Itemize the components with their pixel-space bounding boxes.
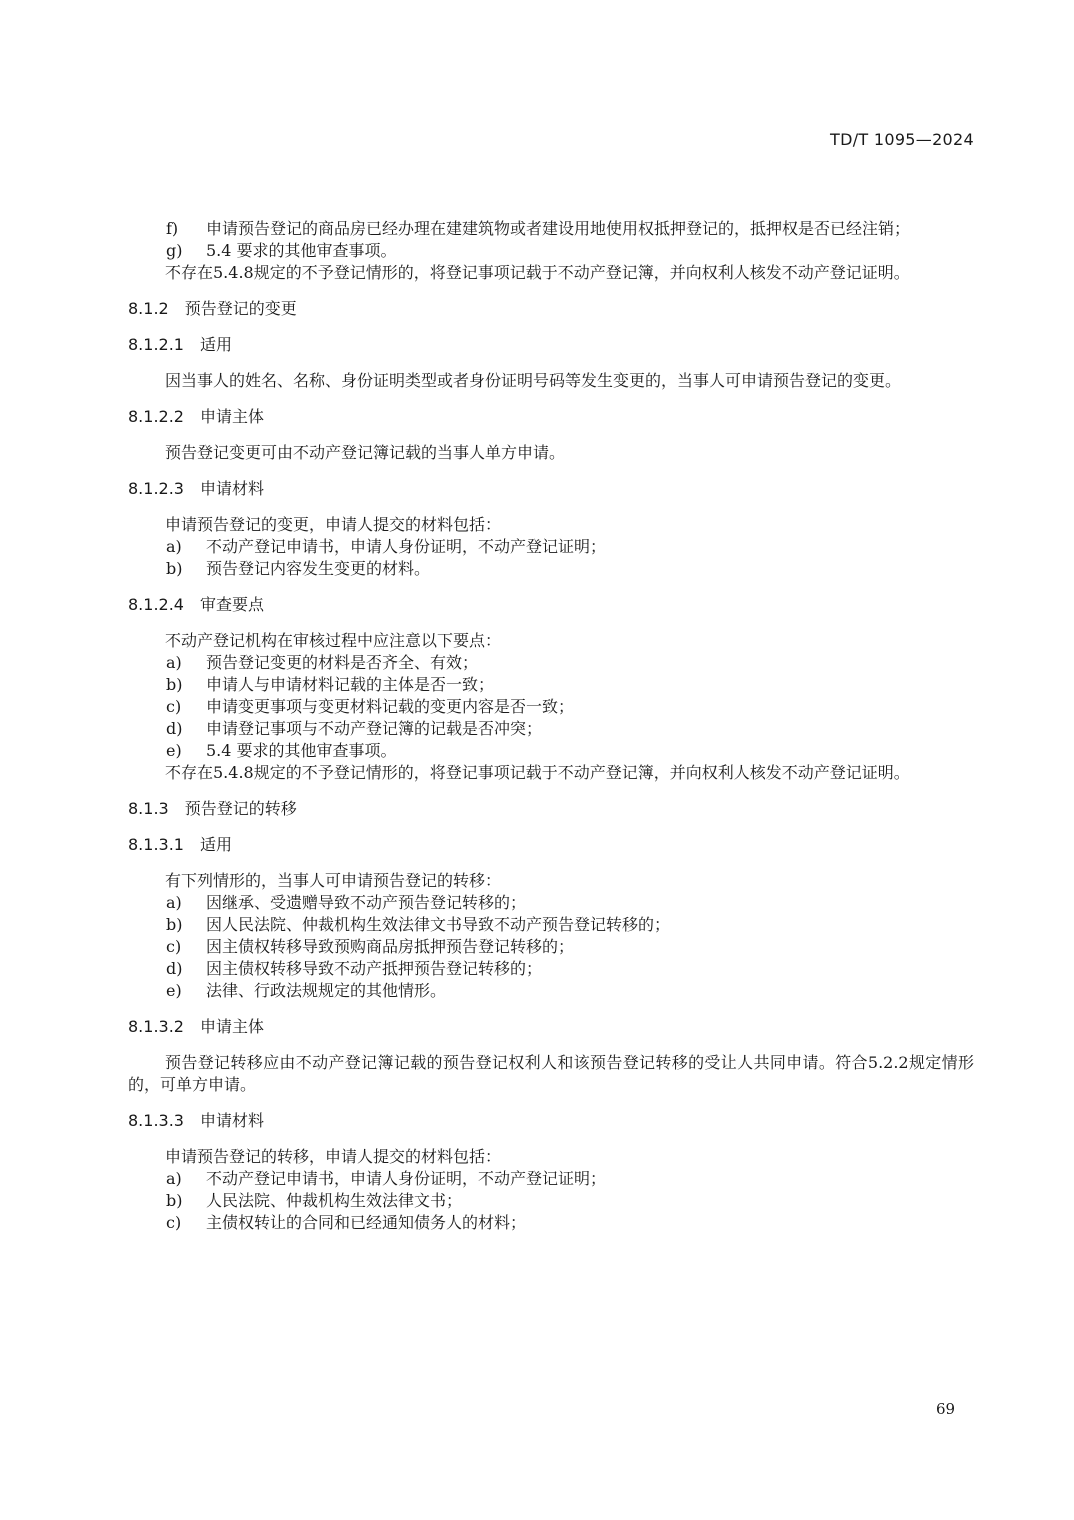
list-marker: c)	[166, 1212, 181, 1234]
list-item: e) 5.4 要求的其他审查事项。	[128, 740, 974, 762]
section-number: 8.1.3.1	[128, 834, 184, 856]
list-item: a) 不动产登记申请书，申请人身份证明，不动产登记证明；	[128, 1168, 974, 1190]
list-marker: e)	[166, 740, 182, 762]
section-number: 8.1.2	[128, 298, 169, 320]
list-item-g: g) 5.4 要求的其他审查事项。	[128, 240, 974, 262]
list-text: 因主债权转移导致不动产抵押预告登记转移的；	[206, 959, 542, 978]
list-text: 人民法院、仲裁机构生效法律文书；	[206, 1191, 462, 1210]
list-text: 申请登记事项与不动产登记簿的记载是否冲突；	[206, 719, 542, 738]
paragraph: 不动产登记机构在审核过程中应注意以下要点：	[128, 630, 974, 652]
list-text: 预告登记内容发生变更的材料。	[206, 559, 430, 578]
paragraph: 预告登记转移应由不动产登记簿记载的预告登记权利人和该预告登记转移的受让人共同申请…	[128, 1052, 974, 1096]
standard-code: TD/T 1095—2024	[830, 130, 974, 149]
section-number: 8.1.2.4	[128, 594, 184, 616]
list-text: 申请人与申请材料记载的主体是否一致；	[206, 675, 494, 694]
section-heading-8-1-3-3: 8.1.3.3申请材料	[128, 1110, 974, 1132]
section-heading-8-1-2: 8.1.2预告登记的变更	[128, 298, 974, 320]
list-marker: b)	[166, 674, 182, 696]
list-item: a) 因继承、受遗赠导致不动产预告登记转移的；	[128, 892, 974, 914]
list-text: 因继承、受遗赠导致不动产预告登记转移的；	[206, 893, 526, 912]
list-marker: a)	[166, 536, 182, 558]
paragraph-closing: 不存在5.4.8规定的不予登记情形的，将登记事项记载于不动产登记簿，并向权利人核…	[128, 762, 974, 784]
section-number: 8.1.3	[128, 798, 169, 820]
list-marker: a)	[166, 892, 182, 914]
section-title: 审查要点	[200, 595, 264, 614]
list-item-f: f) 申请预告登记的商品房已经办理在建建筑物或者建设用地使用权抵押登记的，抵押权…	[128, 218, 974, 240]
section-heading-8-1-3-2: 8.1.3.2申请主体	[128, 1016, 974, 1038]
section-heading-8-1-2-1: 8.1.2.1适用	[128, 334, 974, 356]
paragraph: 申请预告登记的转移，申请人提交的材料包括：	[128, 1146, 974, 1168]
section-heading-8-1-2-3: 8.1.2.3申请材料	[128, 478, 974, 500]
list-item: b) 预告登记内容发生变更的材料。	[128, 558, 974, 580]
list-item: e) 法律、行政法规规定的其他情形。	[128, 980, 974, 1002]
list-item: c) 申请变更事项与变更材料记载的变更内容是否一致；	[128, 696, 974, 718]
list-item: a) 不动产登记申请书，申请人身份证明，不动产登记证明；	[128, 536, 974, 558]
list-marker: b)	[166, 914, 182, 936]
list-marker: d)	[166, 718, 182, 740]
section-title: 申请材料	[200, 1111, 264, 1130]
list-marker: b)	[166, 558, 182, 580]
list-marker: c)	[166, 936, 181, 958]
section-number: 8.1.3.3	[128, 1110, 184, 1132]
list-item: a) 预告登记变更的材料是否齐全、有效；	[128, 652, 974, 674]
list-item: c) 主债权转让的合同和已经通知债务人的材料；	[128, 1212, 974, 1234]
list-text: 5.4 要求的其他审查事项。	[206, 741, 397, 760]
list-item: b) 因人民法院、仲裁机构生效法律文书导致不动产预告登记转移的；	[128, 914, 974, 936]
list-item: b) 申请人与申请材料记载的主体是否一致；	[128, 674, 974, 696]
document-body: f) 申请预告登记的商品房已经办理在建建筑物或者建设用地使用权抵押登记的，抵押权…	[128, 218, 974, 1234]
list-marker: a)	[166, 1168, 182, 1190]
list-item: c) 因主债权转移导致预购商品房抵押预告登记转移的；	[128, 936, 974, 958]
list-text: 申请预告登记的商品房已经办理在建建筑物或者建设用地使用权抵押登记的，抵押权是否已…	[206, 219, 910, 238]
list-marker: f)	[166, 218, 178, 240]
paragraph: 申请预告登记的变更，申请人提交的材料包括：	[128, 514, 974, 536]
list-marker: b)	[166, 1190, 182, 1212]
list-text: 主债权转让的合同和已经通知债务人的材料；	[206, 1213, 526, 1232]
section-title: 申请主体	[200, 1017, 264, 1036]
list-text: 预告登记变更的材料是否齐全、有效；	[206, 653, 478, 672]
list-marker: c)	[166, 696, 181, 718]
list-marker: e)	[166, 980, 182, 1002]
section-heading-8-1-3: 8.1.3预告登记的转移	[128, 798, 974, 820]
list-item: d) 因主债权转移导致不动产抵押预告登记转移的；	[128, 958, 974, 980]
section-title: 申请材料	[200, 479, 264, 498]
paragraph: 因当事人的姓名、名称、身份证明类型或者身份证明号码等发生变更的，当事人可申请预告…	[128, 370, 974, 392]
list-text: 申请变更事项与变更材料记载的变更内容是否一致；	[206, 697, 574, 716]
list-text: 法律、行政法规规定的其他情形。	[206, 981, 446, 1000]
section-number: 8.1.3.2	[128, 1016, 184, 1038]
list-marker: d)	[166, 958, 182, 980]
document-page: TD/T 1095—2024 f) 申请预告登记的商品房已经办理在建建筑物或者建…	[0, 0, 1074, 1520]
section-title: 预告登记的变更	[185, 299, 297, 318]
section-heading-8-1-2-4: 8.1.2.4审查要点	[128, 594, 974, 616]
section-title: 预告登记的转移	[185, 799, 297, 818]
paragraph-closing: 不存在5.4.8规定的不予登记情形的，将登记事项记载于不动产登记簿，并向权利人核…	[128, 262, 974, 284]
paragraph: 预告登记变更可由不动产登记簿记载的当事人单方申请。	[128, 442, 974, 464]
list-marker: g)	[166, 240, 182, 262]
paragraph: 有下列情形的，当事人可申请预告登记的转移：	[128, 870, 974, 892]
list-text: 不动产登记申请书，申请人身份证明，不动产登记证明；	[206, 537, 606, 556]
section-heading-8-1-2-2: 8.1.2.2申请主体	[128, 406, 974, 428]
list-text: 5.4 要求的其他审查事项。	[206, 241, 397, 260]
section-title: 适用	[200, 835, 232, 854]
section-title: 适用	[200, 335, 232, 354]
list-marker: a)	[166, 652, 182, 674]
section-number: 8.1.2.1	[128, 334, 184, 356]
page-number: 69	[936, 1400, 955, 1418]
section-heading-8-1-3-1: 8.1.3.1适用	[128, 834, 974, 856]
section-number: 8.1.2.3	[128, 478, 184, 500]
section-number: 8.1.2.2	[128, 406, 184, 428]
list-text: 因主债权转移导致预购商品房抵押预告登记转移的；	[206, 937, 574, 956]
list-text: 因人民法院、仲裁机构生效法律文书导致不动产预告登记转移的；	[206, 915, 670, 934]
list-item: d) 申请登记事项与不动产登记簿的记载是否冲突；	[128, 718, 974, 740]
section-title: 申请主体	[200, 407, 264, 426]
list-item: b) 人民法院、仲裁机构生效法律文书；	[128, 1190, 974, 1212]
list-text: 不动产登记申请书，申请人身份证明，不动产登记证明；	[206, 1169, 606, 1188]
